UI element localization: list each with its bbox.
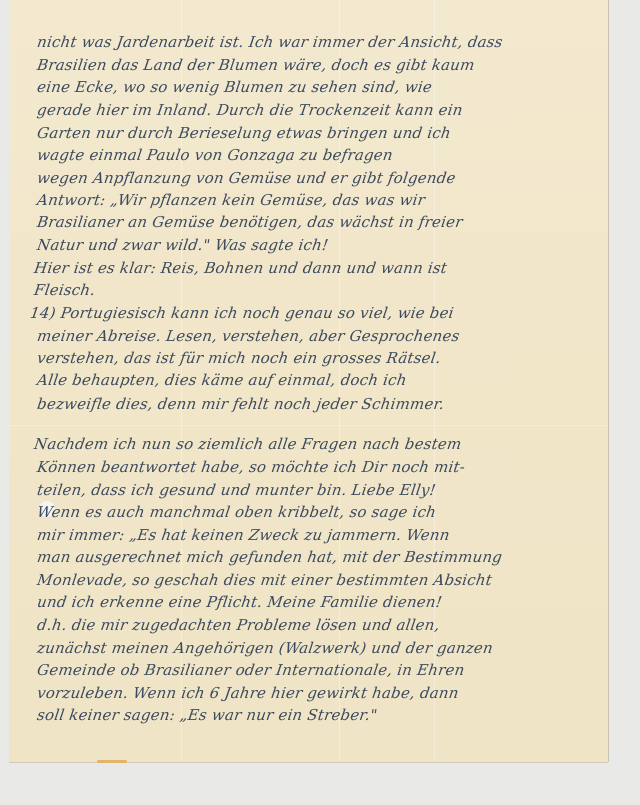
handwritten-line: Gemeinde ob Brasilianer oder Internation… (36, 661, 466, 679)
handwritten-line: bezweifle dies, denn mir fehlt noch jede… (36, 395, 446, 413)
handwritten-line: Brasilianer an Gemüse benötigen, das wäc… (36, 213, 464, 231)
paper-stain (97, 760, 127, 763)
handwritten-line: d.h. die mir zugedachten Probleme lösen … (36, 616, 441, 634)
handwritten-line: vorzuleben. Wenn ich 6 Jahre hier gewirk… (36, 684, 460, 702)
handwritten-line: 14) Portugiesisch kann ich noch genau so… (29, 304, 455, 322)
handwritten-line: man ausgerechnet mich gefunden hat, mit … (36, 548, 503, 566)
handwritten-line: Können beantwortet habe, so möchte ich D… (36, 458, 466, 476)
handwritten-line: gerade hier im Inland. Durch die Trocken… (36, 101, 464, 119)
handwritten-line: mir immer: „Es hat keinen Zweck zu jamme… (36, 526, 451, 544)
handwritten-line: soll keiner sagen: „Es war nur ein Streb… (36, 706, 379, 724)
handwritten-line: Wenn es auch manchmal oben kribbelt, so … (36, 503, 437, 521)
handwritten-line: wagte einmal Paulo von Gonzaga zu befrag… (36, 146, 394, 164)
handwritten-line: Antwort: „Wir pflanzen kein Gemüse, das … (36, 191, 426, 209)
handwritten-line: wegen Anpflanzung von Gemüse und er gibt… (36, 169, 457, 187)
handwritten-line: Alle behaupten, dies käme auf einmal, do… (36, 371, 408, 389)
handwritten-line: zunächst meinen Angehörigen (Walzwerk) u… (36, 639, 494, 657)
handwritten-line: und ich erkenne eine Pflicht. Meine Fami… (36, 593, 443, 611)
fold-crease (9, 425, 608, 426)
handwritten-line: verstehen, das ist für mich noch ein gro… (36, 349, 442, 367)
handwritten-line: meiner Abreise. Lesen, verstehen, aber G… (36, 327, 461, 345)
handwritten-line: Garten nur durch Berieselung etwas bring… (36, 124, 452, 142)
handwritten-line: nicht was Jardenarbeit ist. Ich war imme… (36, 33, 504, 51)
handwritten-line: teilen, dass ich gesund und munter bin. … (36, 481, 437, 499)
handwritten-line: Natur und zwar wild." Was sagte ich! (36, 236, 330, 254)
handwritten-line: Hier ist es klar: Reis, Bohnen und dann … (33, 259, 448, 277)
handwritten-line: Fleisch. (33, 281, 97, 299)
handwritten-line: Brasilien das Land der Blumen wäre, doch… (36, 56, 476, 74)
letter-page: nicht was Jardenarbeit ist. Ich war imme… (9, 0, 608, 762)
handwritten-line: Nachdem ich nun so ziemlich alle Fragen … (33, 435, 463, 453)
handwritten-line: Monlevade, so geschah dies mit einer bes… (36, 571, 493, 589)
handwritten-line: eine Ecke, wo so wenig Blumen zu sehen s… (36, 78, 433, 96)
